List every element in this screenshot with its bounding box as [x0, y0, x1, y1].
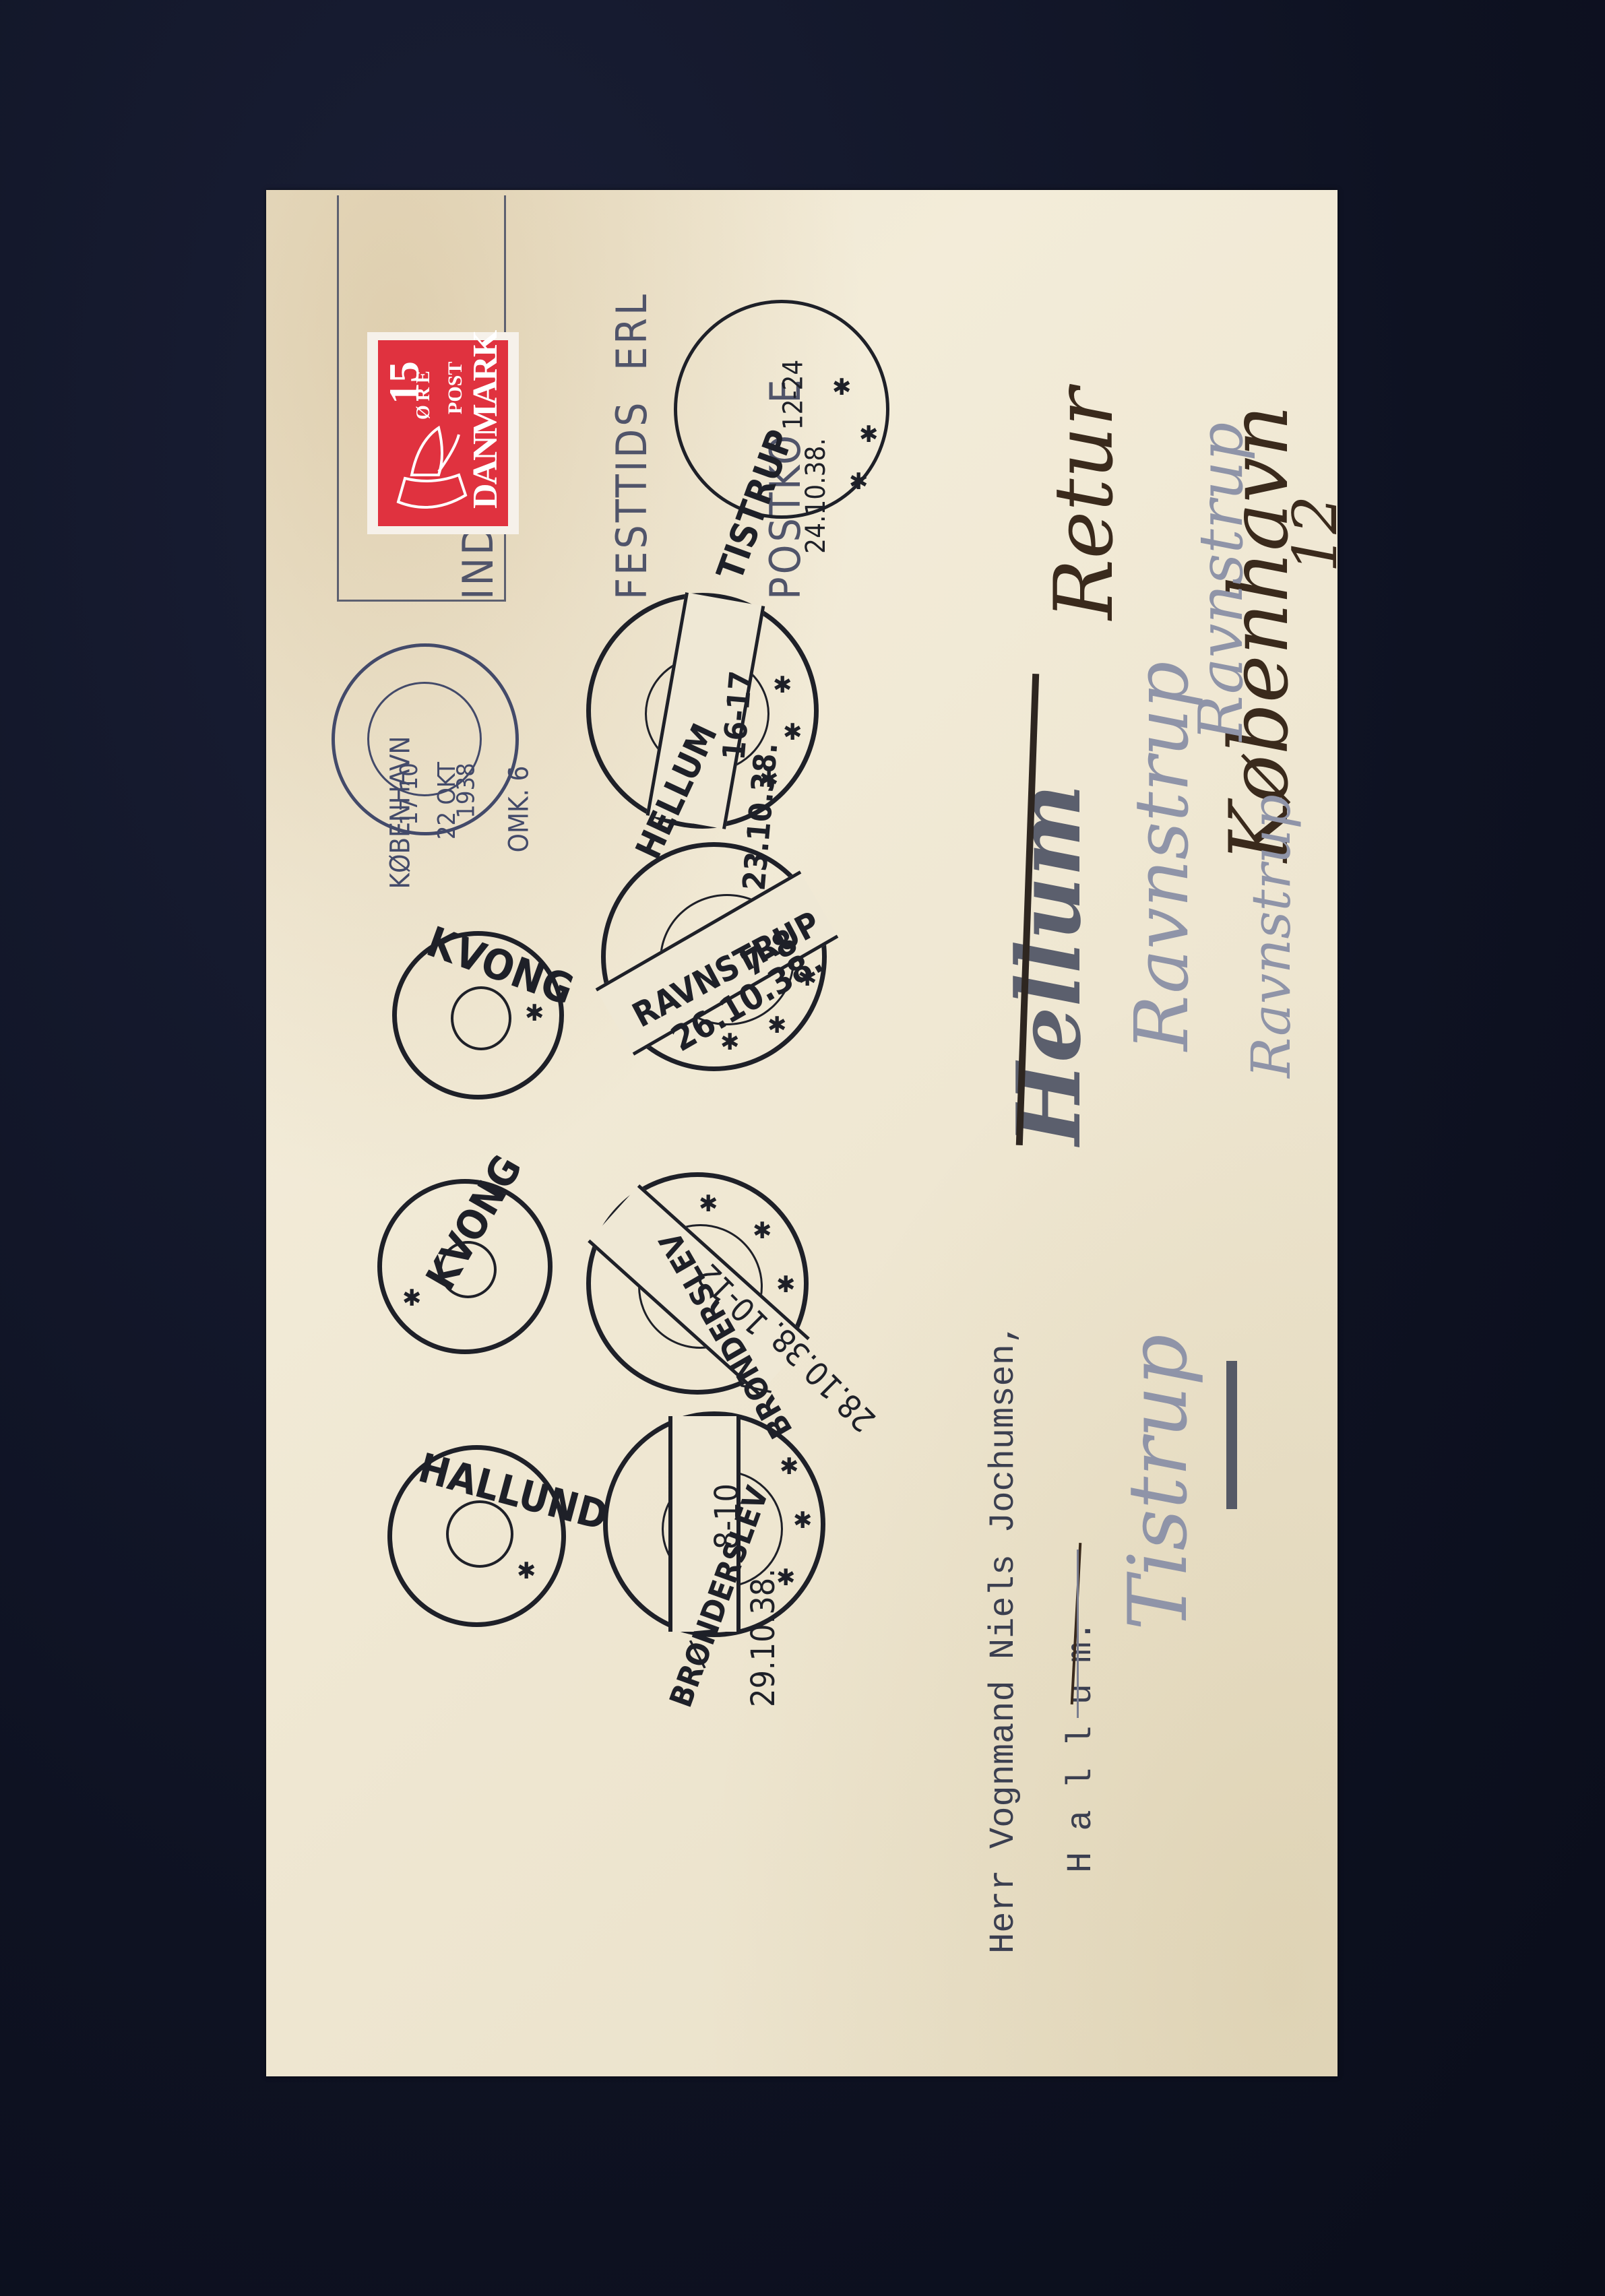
stamp-post-label: POST: [444, 362, 467, 414]
address-line-2: H a l l u m.: [1061, 1621, 1101, 1873]
star-icon: ✱: [517, 1558, 536, 1585]
pencil-ravnstrup-3: Ravnstrup: [1240, 794, 1302, 1078]
postmark-kobenhavn: KØBENHAVN OMK. 6 17 10 22 OKT 1938: [332, 643, 519, 835]
postmark-hellum: HELLUM 23.10.38. 16-17 ✱ ✱ ✱: [586, 593, 819, 829]
star-icon: ✱: [773, 672, 792, 699]
star-icon: ✱: [783, 719, 802, 746]
star-icon: ✱: [832, 374, 852, 401]
postmark-bronderslev-28: BRØNDERSLEV 28.10.38. 10-12 ✱ ✱ ✱: [586, 1172, 809, 1395]
star-icon: ✱: [525, 1000, 544, 1027]
handwritten-retur: Retur: [1038, 388, 1131, 620]
pencil-ravnstrup-2: Ravnstrup: [1186, 422, 1257, 741]
postmark-hallund: HALLUND ✱: [387, 1445, 566, 1627]
stamp-currency: ØRE: [413, 366, 435, 420]
star-icon: ✱: [767, 1012, 787, 1039]
star-icon: ✱: [798, 965, 817, 992]
stamp-design: DANMARK POST 15 ØRE: [378, 340, 508, 526]
star-icon: ✱: [699, 1190, 718, 1217]
address-line-1: Herr Vognmand Niels Jochumsen,: [984, 1323, 1024, 1954]
star-icon: ✱: [776, 1564, 796, 1591]
postmark-bronderslev-29: BRØNDERSLEV 29.10.38. 8-10 ✱ ✱ ✱: [603, 1411, 825, 1637]
postmark-kvong-1: KVONG ✱: [392, 931, 564, 1099]
star-icon: ✱: [849, 468, 869, 495]
star-icon: ✱: [793, 1507, 813, 1534]
star-icon: ✱: [776, 1271, 796, 1298]
star-icon: ✱: [753, 1217, 772, 1244]
postmark-tistrup: TISTRUP 24.10.38. 12-24 ✱ ✱ ✱: [674, 300, 889, 519]
postage-stamp: DANMARK POST 15 ØRE: [367, 332, 519, 534]
star-icon: ✱: [780, 1453, 799, 1480]
star-icon: ✱: [759, 766, 779, 793]
pencil-crossed-hellum: Hellum: [997, 784, 1100, 1145]
pencil-strike: [1226, 1361, 1237, 1509]
star-icon: ✱: [859, 421, 879, 448]
caravel-ship-icon: [391, 421, 472, 515]
star-icon: ✱: [720, 1029, 740, 1056]
handwritten-number: 12: [1280, 495, 1351, 573]
star-icon: ✱: [402, 1285, 422, 1312]
pencil-tistrup: Tistrup: [1112, 1334, 1205, 1630]
underline: [1077, 1550, 1079, 1718]
postmark-ravnstrup: RAVNSTRUP 26.10.38. 7-8 ✱ ✱ ✱: [601, 842, 827, 1071]
postmark-kvong-2: KVONG ✱: [377, 1179, 553, 1354]
